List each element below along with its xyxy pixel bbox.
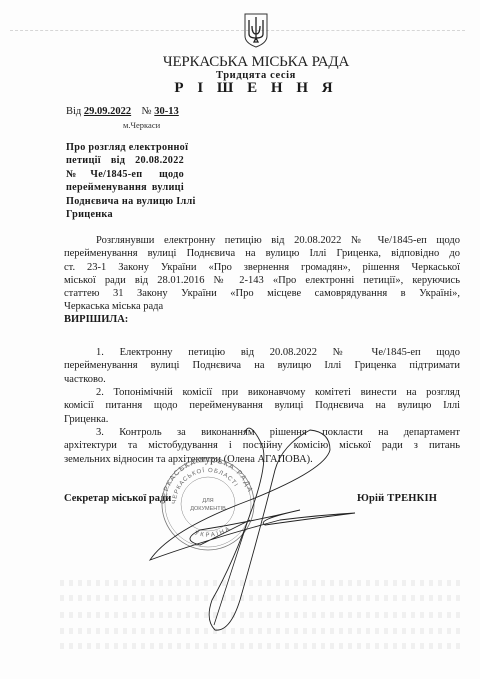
- decision-line: 2. Топонімічній комісії при виконавчому …: [64, 386, 460, 399]
- bleed-through-text: [60, 612, 460, 618]
- scan-artifact-line: [10, 30, 465, 31]
- bleed-through-text: [60, 628, 460, 634]
- decision-line: Гриценка.: [64, 413, 460, 426]
- stamp-center-line1: ДЛЯ: [202, 498, 213, 504]
- preamble-line: статтею 31 Закону України «Про місцеве с…: [64, 287, 460, 300]
- preamble-line: Розглянувши електронну петицію від 20.08…: [64, 234, 460, 247]
- signer-name: Юрій ТРЕНКІН: [357, 493, 437, 504]
- subject-line: перейменування вулиці: [66, 181, 184, 194]
- number-label: №: [142, 106, 152, 117]
- handwritten-signature-icon: [0, 0, 480, 679]
- decision-line: 3. Контроль за виконанням рішення поклас…: [64, 426, 460, 439]
- preamble-line: ст. 23-1 Закону України «Про звернення г…: [64, 261, 460, 274]
- subject-line: Про розгляд електронної: [66, 141, 184, 154]
- bleed-through-text: [60, 580, 460, 586]
- preamble-paragraph: Розглянувши електронну петицію від 20.08…: [64, 234, 460, 314]
- decision-line: комісії питання щодо перейменування вули…: [64, 399, 460, 412]
- decision-item-2: 2. Топонімічній комісії при виконавчому …: [64, 386, 460, 426]
- decision-line: перейменування вулиці Поднєвича на вулиц…: [64, 359, 460, 372]
- decision-line: 1. Електронну петицію від 20.08.2022 № Ч…: [64, 346, 460, 359]
- preamble-line: міської ради від 28.01.2016 № 2-143 «Про…: [64, 274, 460, 287]
- resolution-number: 30-13: [154, 106, 179, 117]
- subject-line: №Че/1845-еп щодо: [66, 168, 184, 181]
- trident-coat-of-arms-icon: [243, 12, 269, 48]
- decision-line: частково.: [64, 373, 460, 386]
- bleed-through-text: [60, 643, 460, 649]
- subject-line: Гриценка: [66, 208, 184, 221]
- date-from-label: Від: [66, 106, 81, 117]
- council-name: ЧЕРКАСЬКА МІСЬКА РАДА: [0, 54, 480, 71]
- document-type-title: Р І Ш Е Н Н Я: [0, 80, 480, 97]
- subject-line: Поднєвича на вулицю Іллі: [66, 195, 184, 208]
- stamp-bottom-text: УКРАЇНА: [194, 525, 233, 538]
- decision-item-1: 1. Електронну петицію від 20.08.2022 № Ч…: [64, 346, 460, 386]
- subject-line: петиції від 20.08.2022: [66, 154, 184, 167]
- decision-line: архітектури та містобудування і постійну…: [64, 439, 460, 452]
- bleed-through-text: [60, 595, 460, 601]
- resolution-date: 29.09.2022: [84, 106, 131, 117]
- document-page: ЧЕРКАСЬКА МІСЬКА РАДА Тридцята сесія Р І…: [0, 0, 480, 679]
- resolution-subject: Про розгляд електронної петиції від 20.0…: [66, 141, 184, 221]
- decided-heading: ВИРІШИЛА:: [64, 314, 128, 325]
- preamble-line: Черкаська міська рада: [64, 300, 460, 313]
- stamp-center-line2: ДОКУМЕНТІВ: [190, 506, 226, 512]
- city-label: м.Черкаси: [123, 120, 160, 130]
- svg-text:УКРАЇНА: УКРАЇНА: [194, 525, 233, 538]
- dateline: Від 29.09.2022 № 30-13: [66, 106, 179, 117]
- official-stamp-icon: ЧЕРКАСЬКА МІСЬКА РАДА ЧЕРКАСЬКОЇ ОБЛАСТІ…: [148, 452, 268, 552]
- preamble-line: перейменування вулиці Поднєвича на вулиц…: [64, 247, 460, 260]
